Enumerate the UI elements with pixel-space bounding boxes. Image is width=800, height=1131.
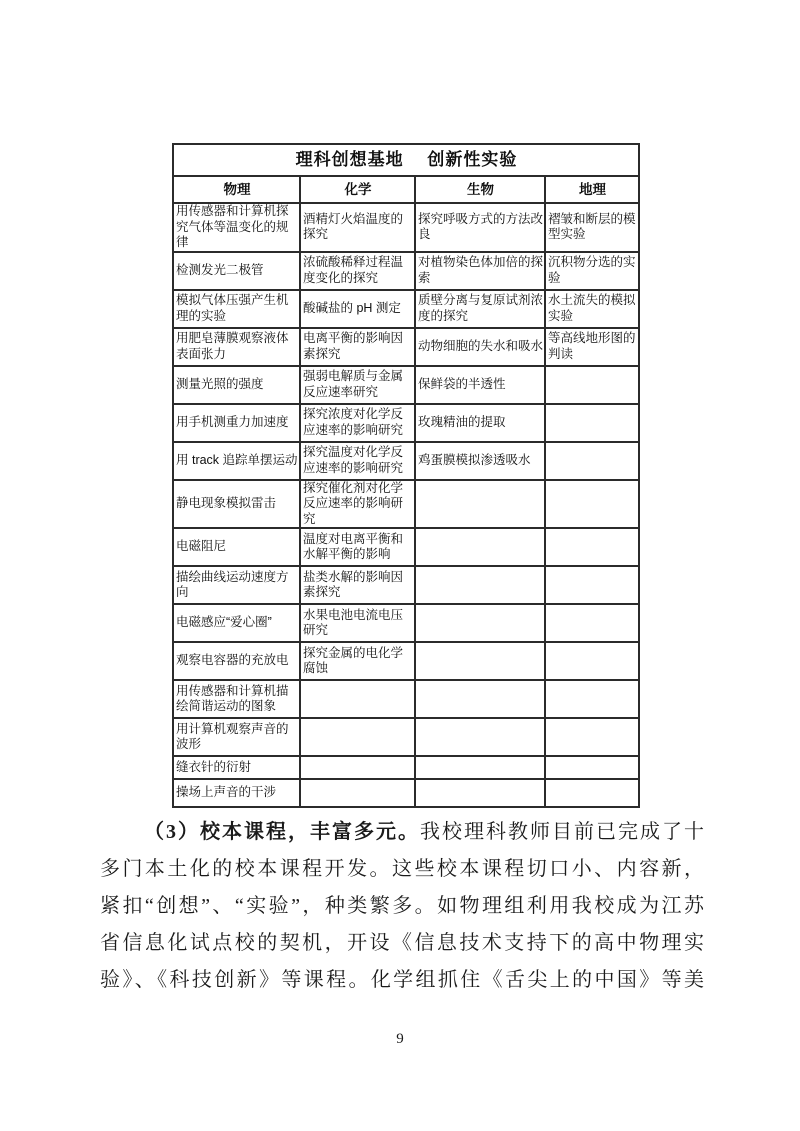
paragraph-line: （3）校本课程，丰富多元。我校理科教师目前已完成了十 [100, 814, 704, 851]
table-cell [300, 779, 415, 807]
table-cell [415, 642, 545, 680]
table-cell: 电磁感应“爱心圈” [173, 604, 300, 642]
table-header-row: 物理 化学 生物 地理 [173, 176, 639, 203]
table-cell: 模拟气体压强产生机理的实验 [173, 290, 300, 328]
table-cell: 对植物染色体加倍的探索 [415, 252, 545, 290]
table-row: 描绘曲线运动速度方向 盐类水解的影响因素探究 [173, 566, 639, 604]
table-cell [545, 566, 639, 604]
table-cell: 动物细胞的失水和吸水 [415, 328, 545, 366]
paragraph-line: 验》、《科技创新》等课程。化学组抓住《舌尖上的中国》等美 [100, 962, 704, 999]
paragraph-line: 紧扣“创想”、“实验”，种类繁多。如物理组利用我校成为江苏 [100, 888, 704, 925]
table-cell: 温度对电离平衡和水解平衡的影响 [300, 528, 415, 566]
table-cell: 电离平衡的影响因素探究 [300, 328, 415, 366]
table-cell [545, 642, 639, 680]
experiments-table: 理科创想基地 创新性实验 物理 化学 生物 地理 用传感器和计算机探究气体等温变… [172, 143, 640, 808]
table-cell [545, 680, 639, 718]
table-cell [415, 756, 545, 779]
paragraph-line: 多门本土化的校本课程开发。这些校本课程切口小、内容新， [100, 851, 704, 888]
table-title-row: 理科创想基地 创新性实验 [173, 144, 639, 176]
table-cell: 探究催化剂对化学反应速率的影响研究 [300, 480, 415, 529]
table-cell [545, 756, 639, 779]
table-cell: 探究温度对化学反应速率的影响研究 [300, 442, 415, 480]
table-cell: 描绘曲线运动速度方向 [173, 566, 300, 604]
table-cell: 探究浓度对化学反应速率的影响研究 [300, 404, 415, 442]
table-cell: 测量光照的强度 [173, 366, 300, 404]
table-cell: 用 track 追踪单摆运动 [173, 442, 300, 480]
table-cell [415, 604, 545, 642]
table-cell: 沉积物分选的实验 [545, 252, 639, 290]
column-header-physics: 物理 [173, 176, 300, 203]
table-cell [300, 680, 415, 718]
column-header-chemistry: 化学 [300, 176, 415, 203]
column-header-biology: 生物 [415, 176, 545, 203]
page-number: 9 [0, 1031, 800, 1048]
table-cell [545, 779, 639, 807]
table-cell [545, 528, 639, 566]
table-cell: 等高线地形图的判读 [545, 328, 639, 366]
table-cell: 褶皱和断层的模型实验 [545, 203, 639, 252]
table-cell: 酒精灯火焰温度的探究 [300, 203, 415, 252]
table-row: 用传感器和计算机描绘简谐运动的图象 [173, 680, 639, 718]
table-row: 电磁阻尼 温度对电离平衡和水解平衡的影响 [173, 528, 639, 566]
table-cell: 用计算机观察声音的波形 [173, 718, 300, 756]
table-cell: 浓硫酸稀释过程温度变化的探究 [300, 252, 415, 290]
table-cell: 用传感器和计算机探究气体等温变化的规律 [173, 203, 300, 252]
table-row: 用肥皂薄膜观察液体表面张力 电离平衡的影响因素探究 动物细胞的失水和吸水 等高线… [173, 328, 639, 366]
table-cell: 鸡蛋膜模拟渗透吸水 [415, 442, 545, 480]
table-cell [545, 404, 639, 442]
table-cell: 用传感器和计算机描绘简谐运动的图象 [173, 680, 300, 718]
table-row: 测量光照的强度 强弱电解质与金属反应速率研究 保鲜袋的半透性 [173, 366, 639, 404]
table-cell: 盐类水解的影响因素探究 [300, 566, 415, 604]
table-cell [545, 604, 639, 642]
document-page: 理科创想基地 创新性实验 物理 化学 生物 地理 用传感器和计算机探究气体等温变… [0, 0, 800, 1131]
table-row: 操场上声音的干涉 [173, 779, 639, 807]
table-cell [545, 718, 639, 756]
table-cell: 缝衣针的衍射 [173, 756, 300, 779]
paragraph-line: 省信息化试点校的契机，开设《信息技术支持下的高中物理实 [100, 925, 704, 962]
table-cell: 观察电容器的充放电 [173, 642, 300, 680]
table-cell [415, 718, 545, 756]
paragraph-lead-bold: （3）校本课程，丰富多元。 [144, 821, 420, 843]
table-cell: 操场上声音的干涉 [173, 779, 300, 807]
table-row: 观察电容器的充放电 探究金属的电化学腐蚀 [173, 642, 639, 680]
table-cell: 用手机测重力加速度 [173, 404, 300, 442]
table-row: 用计算机观察声音的波形 [173, 718, 639, 756]
table-cell [415, 566, 545, 604]
table-cell: 探究金属的电化学腐蚀 [300, 642, 415, 680]
table-cell: 水果电池电流电压研究 [300, 604, 415, 642]
table-cell: 强弱电解质与金属反应速率研究 [300, 366, 415, 404]
table-cell: 酸碱盐的 pH 测定 [300, 290, 415, 328]
table-cell [545, 480, 639, 529]
table-row: 检测发光二极管 浓硫酸稀释过程温度变化的探究 对植物染色体加倍的探索 沉积物分选… [173, 252, 639, 290]
table-cell [545, 366, 639, 404]
table-cell [415, 680, 545, 718]
table-cell: 用肥皂薄膜观察液体表面张力 [173, 328, 300, 366]
table-cell [300, 756, 415, 779]
column-header-geography: 地理 [545, 176, 639, 203]
table-cell: 静电现象模拟雷击 [173, 480, 300, 529]
table-cell: 水土流失的模拟实验 [545, 290, 639, 328]
table-cell: 检测发光二极管 [173, 252, 300, 290]
body-paragraph: （3）校本课程，丰富多元。我校理科教师目前已完成了十 多门本土化的校本课程开发。… [100, 814, 704, 999]
table-row: 模拟气体压强产生机理的实验 酸碱盐的 pH 测定 质壁分离与复原试剂浓度的探究 … [173, 290, 639, 328]
table-cell: 电磁阻尼 [173, 528, 300, 566]
table-cell [300, 718, 415, 756]
table-row: 静电现象模拟雷击 探究催化剂对化学反应速率的影响研究 [173, 480, 639, 529]
table-cell [545, 442, 639, 480]
table-cell: 保鲜袋的半透性 [415, 366, 545, 404]
table-title: 理科创想基地 创新性实验 [173, 144, 639, 176]
table-cell [415, 528, 545, 566]
table-row: 用传感器和计算机探究气体等温变化的规律 酒精灯火焰温度的探究 探究呼吸方式的方法… [173, 203, 639, 252]
table-cell: 质壁分离与复原试剂浓度的探究 [415, 290, 545, 328]
table-row: 用手机测重力加速度 探究浓度对化学反应速率的影响研究 玫瑰精油的提取 [173, 404, 639, 442]
table-cell [415, 779, 545, 807]
table-cell: 玫瑰精油的提取 [415, 404, 545, 442]
table-cell: 探究呼吸方式的方法改良 [415, 203, 545, 252]
paragraph-line1-rest: 我校理科教师目前已完成了十 [420, 821, 704, 843]
table-row: 电磁感应“爱心圈” 水果电池电流电压研究 [173, 604, 639, 642]
table-row: 缝衣针的衍射 [173, 756, 639, 779]
table-row: 用 track 追踪单摆运动 探究温度对化学反应速率的影响研究 鸡蛋膜模拟渗透吸… [173, 442, 639, 480]
table-cell [415, 480, 545, 529]
